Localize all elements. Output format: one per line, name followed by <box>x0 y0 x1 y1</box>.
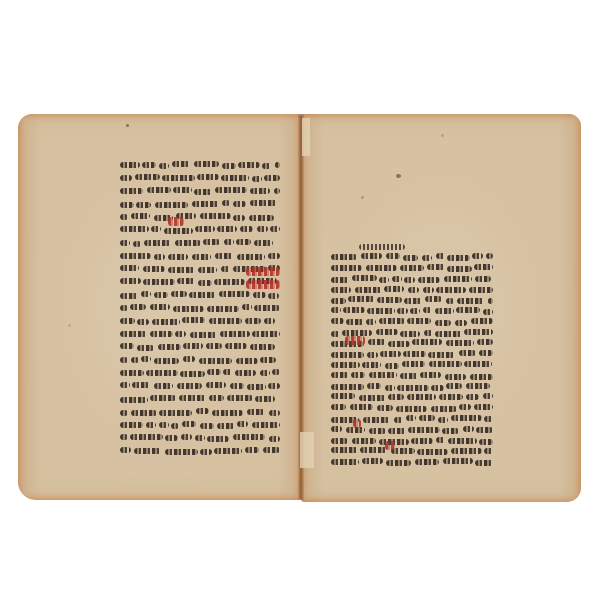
text-line <box>120 266 280 272</box>
text-line <box>331 373 493 379</box>
text-line <box>331 416 493 422</box>
text-line <box>331 297 493 303</box>
spine-tear-bottom <box>300 432 314 468</box>
left-rubric-2 <box>246 267 280 276</box>
text-line <box>120 409 280 415</box>
text-line <box>331 265 493 271</box>
text-line <box>331 459 493 465</box>
text-line <box>331 340 493 346</box>
right-rubric-2 <box>353 419 361 428</box>
left-rubric-1 <box>168 217 184 226</box>
text-line <box>120 448 280 454</box>
text-line <box>120 227 280 233</box>
spine-tear-top <box>302 118 310 156</box>
left-page: Left manuscript page (verso) <box>18 114 301 500</box>
text-line <box>120 370 280 376</box>
text-line <box>331 254 493 260</box>
text-line <box>120 162 280 168</box>
right-text-block <box>331 254 493 479</box>
text-line <box>120 240 280 246</box>
left-rubric-3 <box>246 280 280 289</box>
text-line <box>331 427 493 433</box>
text-line <box>120 396 280 402</box>
right-page: Right manuscript page (recto) Opening in… <box>301 114 581 502</box>
text-line <box>120 201 280 207</box>
text-line <box>120 357 280 363</box>
text-line <box>331 438 493 444</box>
text-line <box>120 422 280 428</box>
text-line <box>120 383 280 389</box>
text-line <box>120 253 280 259</box>
text-line <box>331 384 493 390</box>
open-manuscript: Open Arabic-script manuscript with two a… <box>0 0 600 600</box>
text-line <box>120 318 280 324</box>
text-line <box>120 344 280 350</box>
left-text-block <box>120 162 280 462</box>
right-rubric-1 <box>345 336 365 345</box>
text-line <box>331 276 493 282</box>
text-line <box>120 188 280 194</box>
text-line <box>331 351 493 357</box>
text-line <box>120 305 280 311</box>
image-description: Open Arabic-script manuscript with two a… <box>0 0 1 1</box>
basmala-heading <box>359 244 405 250</box>
text-line <box>120 279 280 285</box>
right-rubric-3 <box>385 441 395 450</box>
text-line <box>331 362 493 368</box>
text-line <box>331 286 493 292</box>
text-line <box>120 175 280 181</box>
text-line <box>331 405 493 411</box>
text-line <box>331 330 493 336</box>
text-line <box>120 435 280 441</box>
text-line <box>120 292 280 298</box>
text-line <box>331 394 493 400</box>
text-line <box>331 448 493 454</box>
text-line <box>331 319 493 325</box>
text-line <box>120 214 280 220</box>
text-line <box>120 331 280 337</box>
text-line <box>331 308 493 314</box>
